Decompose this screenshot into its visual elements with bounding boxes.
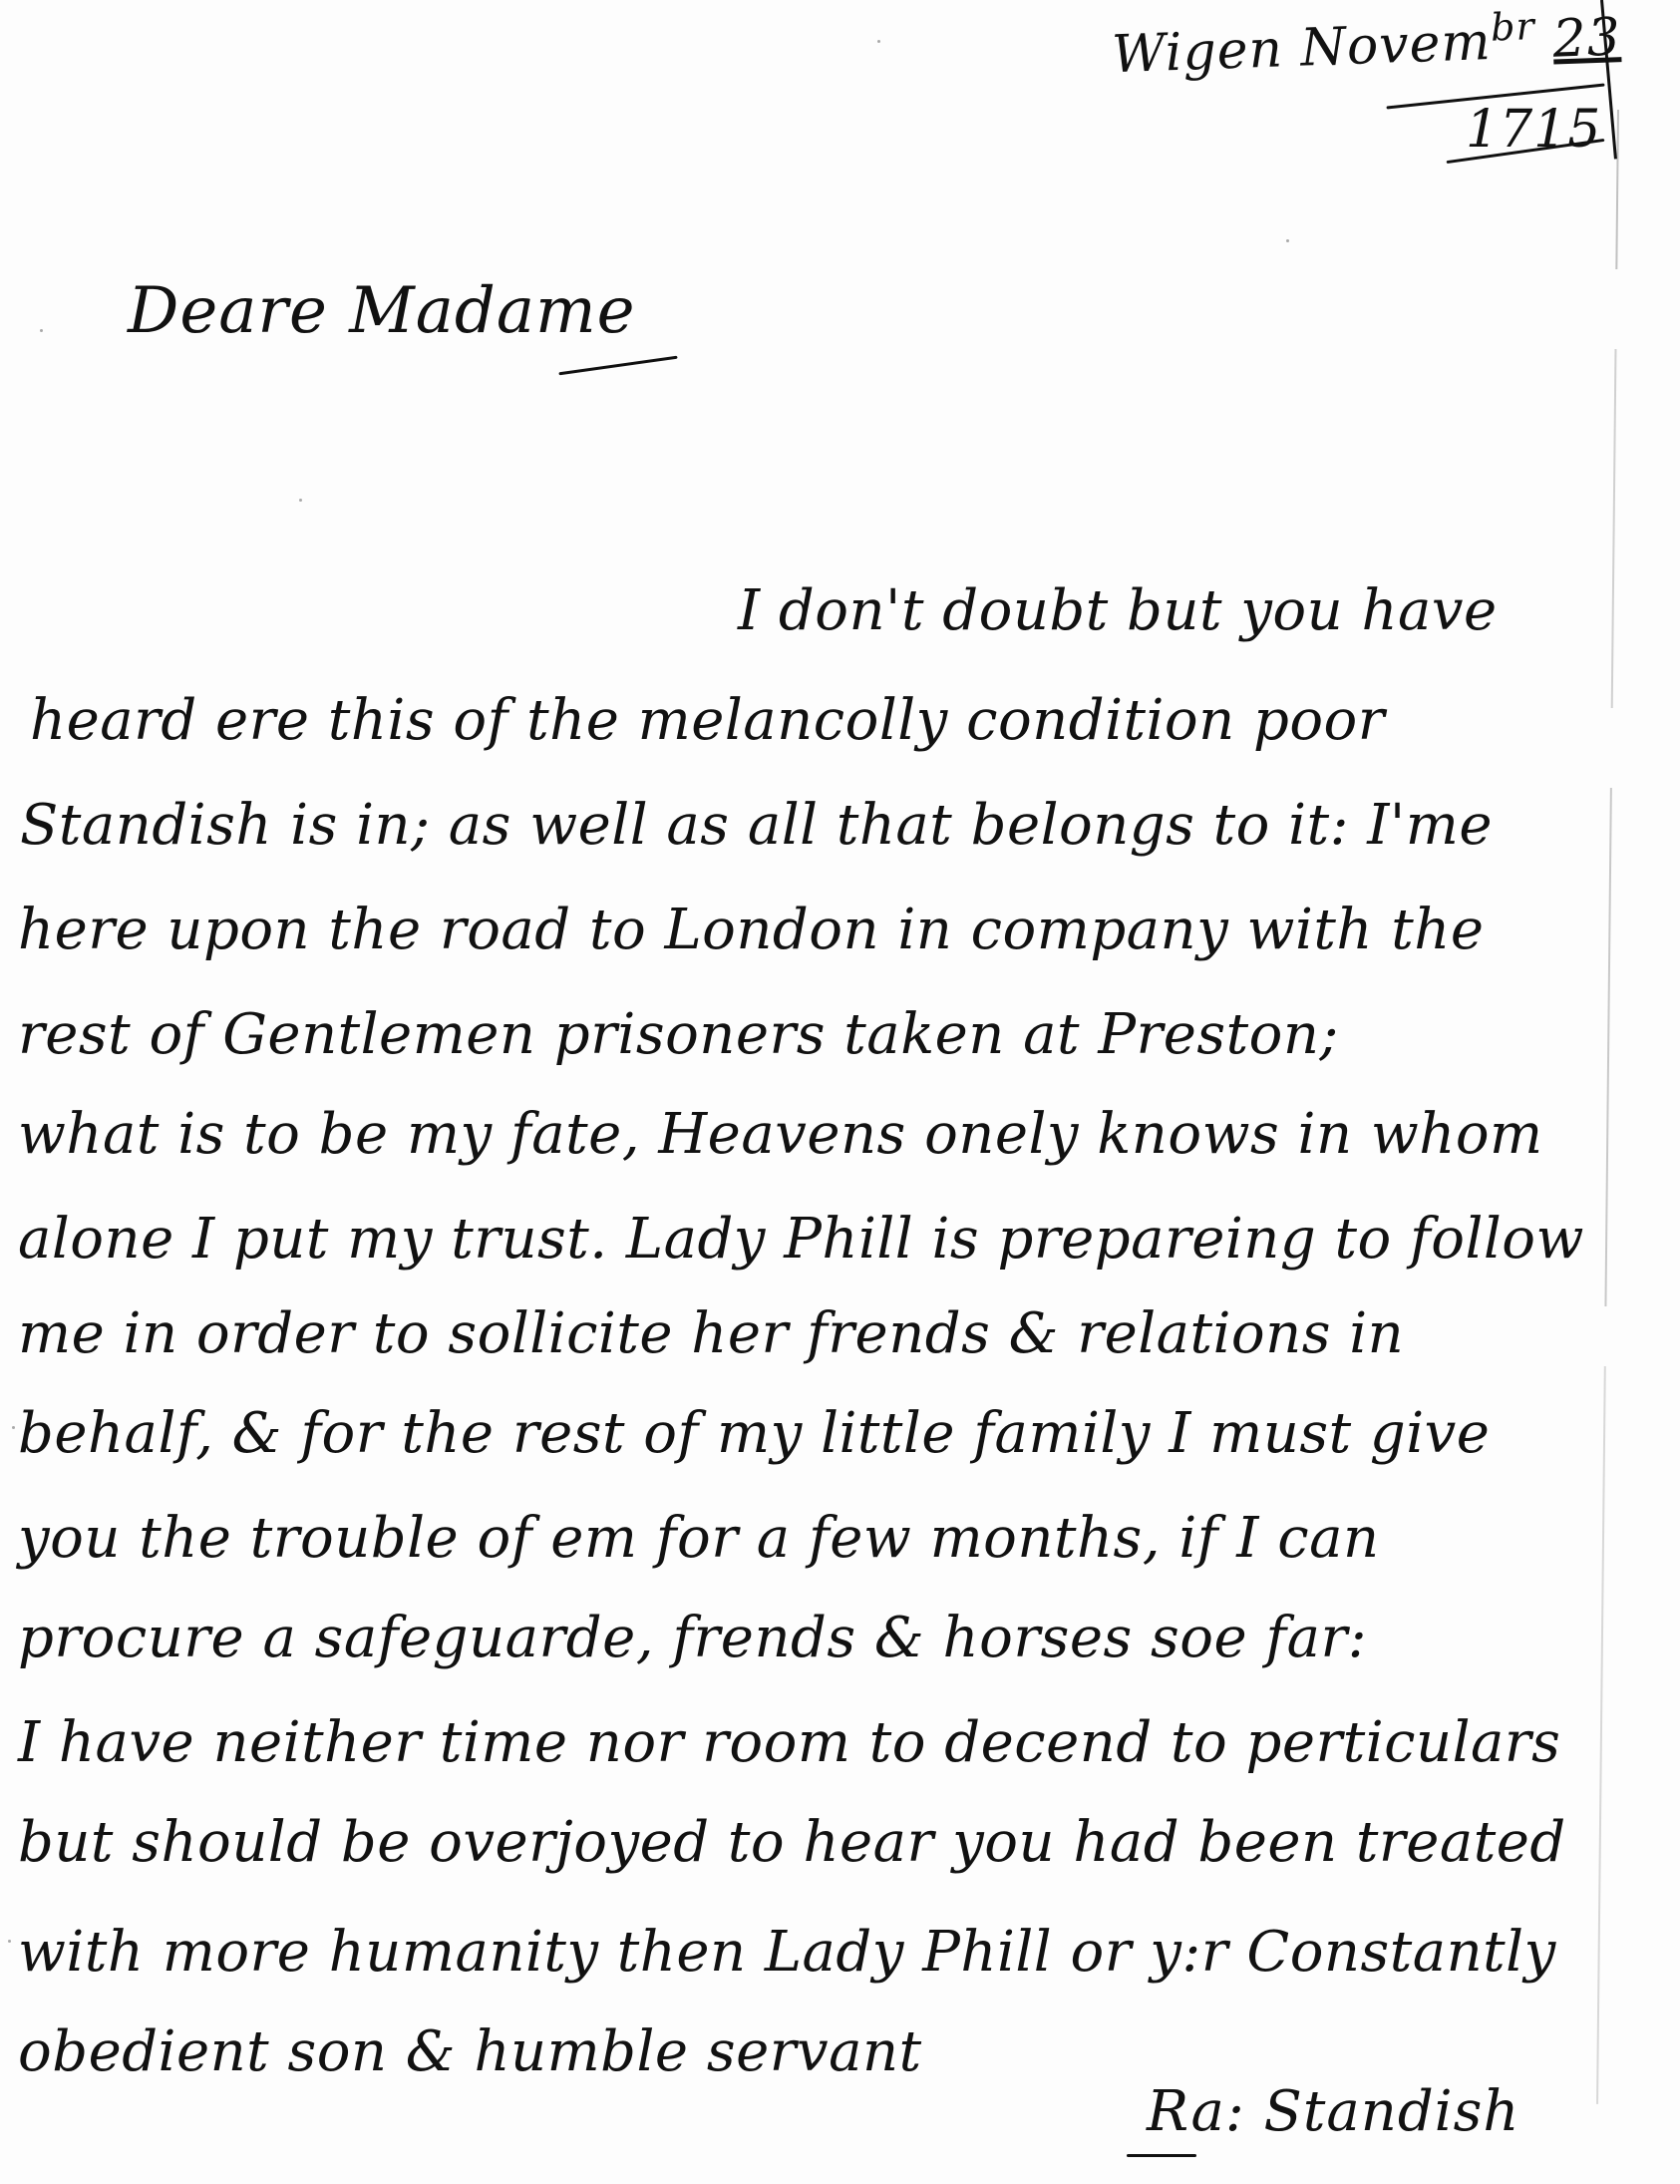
salutation-flourish xyxy=(558,356,677,376)
body-line-2: heard ere this of the melancolly conditi… xyxy=(30,688,1385,753)
body-line-14: with more humanity then Lady Phill or y:… xyxy=(18,1920,1556,1985)
body-line-4: here upon the road to London in company … xyxy=(18,898,1484,962)
day-superscript: br xyxy=(1490,4,1535,50)
ink-speck xyxy=(1286,239,1289,242)
ink-speck xyxy=(299,499,302,502)
body-line-13: but should be overjoyed to hear you had … xyxy=(18,1810,1566,1875)
body-line-1: I don't doubt but you have xyxy=(738,578,1498,643)
salutation: Deare Madame xyxy=(128,274,636,348)
body-line-15: obedient son & humble servant xyxy=(18,2019,922,2084)
letter-place-date: Wigen Novembr 23 xyxy=(1111,1,1622,85)
body-line-5: rest of Gentlemen prisoners taken at Pre… xyxy=(18,1002,1339,1067)
day-number: 23 xyxy=(1551,7,1621,69)
body-line-8: me in order to sollicite her frends & re… xyxy=(18,1301,1404,1366)
body-line-10: you the trouble of em for a few months, … xyxy=(18,1506,1380,1571)
signature: Ra: Standish xyxy=(1147,2079,1519,2144)
ink-speck xyxy=(40,329,43,332)
place-month: Wigen Novem xyxy=(1111,12,1492,85)
letter-page: Wigen Novembr 23 1715 Deare Madame I don… xyxy=(0,0,1680,2184)
body-line-12: I have neither time nor room to decend t… xyxy=(18,1710,1560,1775)
body-line-6: what is to be my fate, Heavens onely kno… xyxy=(18,1102,1543,1167)
ink-speck xyxy=(12,1426,15,1429)
body-line-3: Standish is in; as well as all that belo… xyxy=(20,793,1493,858)
ink-speck xyxy=(8,1940,11,1943)
paper-fold-line xyxy=(1596,110,1619,2104)
ink-speck xyxy=(877,40,880,43)
body-line-9: behalf, & for the rest of my little fami… xyxy=(18,1401,1490,1466)
body-line-11: procure a safeguarde, frends & horses so… xyxy=(18,1606,1367,1670)
signature-flourish xyxy=(1127,2154,1196,2157)
body-line-7: alone I put my trust. Lady Phill is prep… xyxy=(18,1207,1584,1272)
